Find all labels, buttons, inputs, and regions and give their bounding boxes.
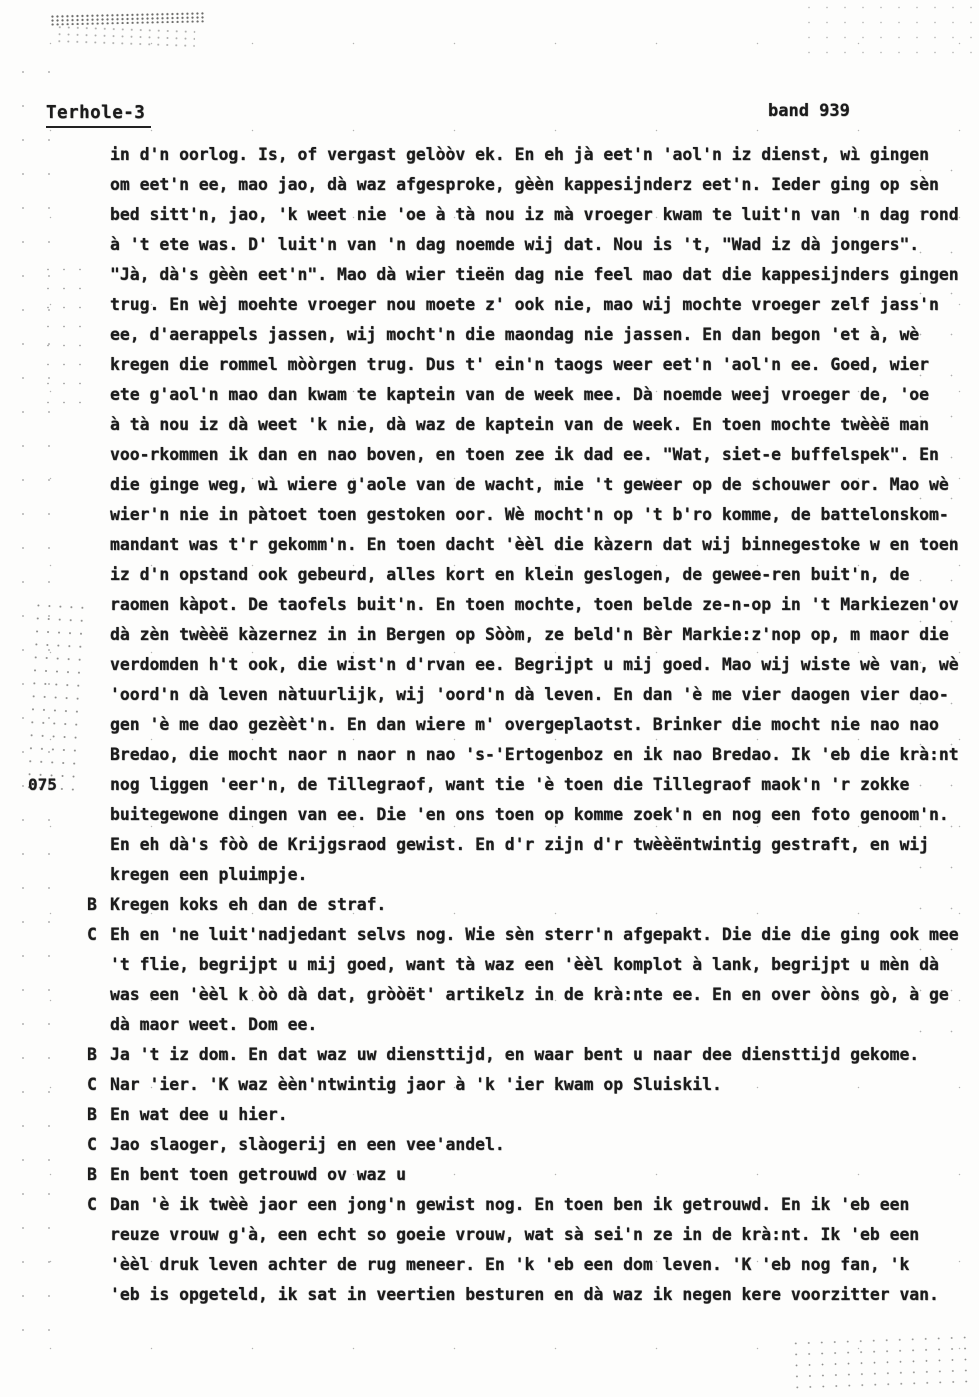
transcript-line: mandant was t'r gekomm'n. En toen dacht … [110,530,979,560]
scan-smudge-top [50,11,205,25]
transcript-line: à tà nou iz dà weet 'k nie, dà waz de ka… [110,410,979,440]
transcript-line-text: 'eb is opgeteld, ik sat in veertien best… [110,1285,939,1304]
transcript-line: verdomden h't ook, die wist'n d'rvan ee.… [110,650,979,680]
transcript-line-text: trug. En wèj moehte vroeger nou moete z'… [110,295,939,314]
transcript-line-text: mandant was t'r gekomm'n. En toen dacht … [110,535,959,554]
transcript-line-text: Dan 'è ik twèè jaor een jong'n gewist no… [110,1195,909,1214]
transcript-line-text: 'oord'n dà leven nàtuurlijk, wij 'oord'n… [110,685,949,704]
transcript-line: ete g'aol'n mao dan kwam te kaptein van … [110,380,979,410]
transcript-line: was een 'èèl k òò dà dat, gròòët' artike… [110,980,979,1010]
transcript-block: CJao slaoger, slàogerij en een vee'andel… [110,1130,979,1160]
transcript-line-text: kregen een pluimpje. [110,865,307,884]
transcript-line-text: En wat dee u hier. [110,1105,288,1124]
transcript-line-text: gen 'è me dao gezèèt'n. En dan wiere m' … [110,715,939,734]
transcript-line-text: En eh dà's fòò de Krijgsraod gewist. En … [110,835,929,854]
transcript-block: BKregen koks eh dan de straf. [110,890,979,920]
speaker-label: C [87,1070,107,1100]
transcript-line: raomen kàpot. De taofels buit'n. En toen… [110,590,979,620]
transcript-line: buitegewone dingen van ee. Die 'en ons t… [110,800,979,830]
transcript-line: voo-rkommen ik dan en nao boven, en toen… [110,440,979,470]
transcript-line-text: Nar 'ier. 'K waz èèn'ntwintig jaor à 'k … [110,1075,722,1094]
transcript-line-text: reuze vrouw g'à, een echt so goeie vrouw… [110,1225,919,1244]
transcript-line: BJa 't iz dom. En dat waz uw diensttijd,… [110,1040,979,1070]
transcript-line: 'èèl druk leven achter de rug meneer. En… [110,1250,979,1280]
transcript-line-text: wier'n nie in pàtoet toen gestoken oor. … [110,505,949,524]
transcript-block: in d'n oorlog. Is, of vergast gelòòv ek.… [110,140,979,890]
speaker-label: B [87,890,107,920]
transcript-line: gen 'è me dao gezèèt'n. En dan wiere m' … [110,710,979,740]
transcript-line: BKregen koks eh dan de straf. [110,890,979,920]
transcript-line: BEn wat dee u hier. [110,1100,979,1130]
transcript-block: CEh en 'ne luit'nadjedant selvs nog. Wie… [110,920,979,1040]
scan-noise-bottom-right [789,1332,971,1393]
transcript-line: CNar 'ier. 'K waz èèn'ntwintig jaor à 'k… [110,1070,979,1100]
transcript-line-text: nog liggen 'eer'n, de Tillegraof, want t… [110,775,909,794]
transcript-line-text: à tà nou iz dà weet 'k nie, dà waz de ka… [110,415,929,434]
scanned-transcript-page: Terhole-3 band 939 075 in d'n oorlog. Is… [0,0,979,1397]
transcript-line: iz d'n opstand ook gebeurd, alles kort e… [110,560,979,590]
transcript-line-text: Jao slaoger, slàogerij en een vee'andel. [110,1135,505,1154]
transcript-line-text: ee, d'aerappels jassen, wij mocht'n die … [110,325,919,344]
transcript-line: die ginge weg, wì wiere g'aole van de wa… [110,470,979,500]
transcript-line-text: Eh en 'ne luit'nadjedant selvs nog. Wie … [110,925,959,944]
speaker-label: B [87,1100,107,1130]
transcript-line-text: à 't ete was. D' luit'n van 'n dag noemd… [110,235,919,254]
speaker-label: C [87,920,107,950]
page-title: Terhole-3 [46,103,151,128]
transcript-line-text: dà zèn twèèë kàzernez in in Bergen op Sò… [110,625,949,644]
scan-smudge-top-blob [55,24,196,51]
transcript-line: reuze vrouw g'à, een echt so goeie vrouw… [110,1220,979,1250]
transcript-line-text: verdomden h't ook, die wist'n d'rvan ee.… [110,655,959,674]
transcript-line-text: die ginge weg, wì wiere g'aole van de wa… [110,475,949,494]
transcript-line-text: 'èèl druk leven achter de rug meneer. En… [110,1255,909,1274]
transcript-line: CJao slaoger, slàogerij en een vee'andel… [110,1130,979,1160]
transcript-line-text: in d'n oorlog. Is, of vergast gelòòv ek.… [110,145,929,164]
transcript-block: BEn bent toen getrouwd ov waz u [110,1160,979,1190]
transcript-body: 075 in d'n oorlog. Is, of vergast gelòòv… [110,140,979,1310]
transcript-line: nog liggen 'eer'n, de Tillegraof, want t… [110,770,979,800]
transcript-line-text: bed sitt'n, jao, 'k weet nie 'oe à tà no… [110,205,959,224]
transcript-line-text: En bent toen getrouwd ov waz u [110,1165,406,1184]
transcript-line: in d'n oorlog. Is, of vergast gelòòv ek.… [110,140,979,170]
transcript-line: ee, d'aerappels jassen, wij mocht'n die … [110,320,979,350]
transcript-block: BEn wat dee u hier. [110,1100,979,1130]
transcript-line: kregen die rommel mòòrgen trug. Dus t' e… [110,350,979,380]
transcript-line-text: "Jà, dà's gèèn eet'n". Mao dà wier tieën… [110,265,959,284]
transcript-line: 'oord'n dà leven nàtuurlijk, wij 'oord'n… [110,680,979,710]
transcript-line: 't flie, begrijpt u mij goed, want tà wa… [110,950,979,980]
scan-noise-left-mid [40,260,90,420]
transcript-line-text: ete g'aol'n mao dan kwam te kaptein van … [110,385,929,404]
speaker-label: B [87,1040,107,1070]
transcript-line-text: voo-rkommen ik dan en nao boven, en toen… [110,445,939,464]
transcript-line-text: 't flie, begrijpt u mij goed, want tà wa… [110,955,939,974]
transcript-line-text: buitegewone dingen van ee. Die 'en ons t… [110,805,949,824]
speaker-label: C [87,1190,107,1220]
transcript-line-text: Kregen koks eh dan de straf. [110,895,386,914]
transcript-block: CNar 'ier. 'K waz èèn'ntwintig jaor à 'k… [110,1070,979,1100]
speaker-label: C [87,1130,107,1160]
transcript-line: CEh en 'ne luit'nadjedant selvs nog. Wie… [110,920,979,950]
transcript-line: à 't ete was. D' luit'n van 'n dag noemd… [110,230,979,260]
transcript-line: 'eb is opgeteld, ik sat in veertien best… [110,1280,979,1310]
transcript-line-text: Ja 't iz dom. En dat waz uw diensttijd, … [110,1045,919,1064]
transcript-line: dà zèn twèèë kàzernez in in Bergen op Sò… [110,620,979,650]
transcript-block: BJa 't iz dom. En dat waz uw diensttijd,… [110,1040,979,1070]
transcript-line-text: Bredao, die mocht naor n naor n nao 's-'… [110,745,959,764]
transcript-line-text: iz d'n opstand ook gebeurd, alles kort e… [110,565,909,584]
transcript-line: BEn bent toen getrouwd ov waz u [110,1160,979,1190]
transcript-block: CDan 'è ik twèè jaor een jong'n gewist n… [110,1190,979,1310]
band-number-label: band 939 [768,101,850,121]
transcript-line-text: raomen kàpot. De taofels buit'n. En toen… [110,595,959,614]
transcript-line: om eet'n ee, mao jao, dà waz afgesproke,… [110,170,979,200]
margin-marker: 075 [28,770,57,800]
scan-noise-top-right [800,0,975,60]
transcript-line: CDan 'è ik twèè jaor een jong'n gewist n… [110,1190,979,1220]
transcript-line-text: kregen die rommel mòòrgen trug. Dus t' e… [110,355,929,374]
transcript-line-text: dà maor weet. Dom ee. [110,1015,317,1034]
transcript-line: "Jà, dà's gèèn eet'n". Mao dà wier tieën… [110,260,979,290]
speaker-label: B [87,1160,107,1190]
transcript-line: wier'n nie in pàtoet toen gestoken oor. … [110,500,979,530]
transcript-line-text: om eet'n ee, mao jao, dà waz afgesproke,… [110,175,939,194]
transcript-line: kregen een pluimpje. [110,860,979,890]
transcript-line: trug. En wèj moehte vroeger nou moete z'… [110,290,979,320]
transcript-line: Bredao, die mocht naor n naor n nao 's-'… [110,740,979,770]
transcript-line: dà maor weet. Dom ee. [110,1010,979,1040]
scan-noise-left-margin [10,55,70,1335]
transcript-line: En eh dà's fòò de Krijgsraod gewist. En … [110,830,979,860]
transcript-line: bed sitt'n, jao, 'k weet nie 'oe à tà no… [110,200,979,230]
transcript-line-text: was een 'èèl k òò dà dat, gròòët' artike… [110,985,949,1004]
